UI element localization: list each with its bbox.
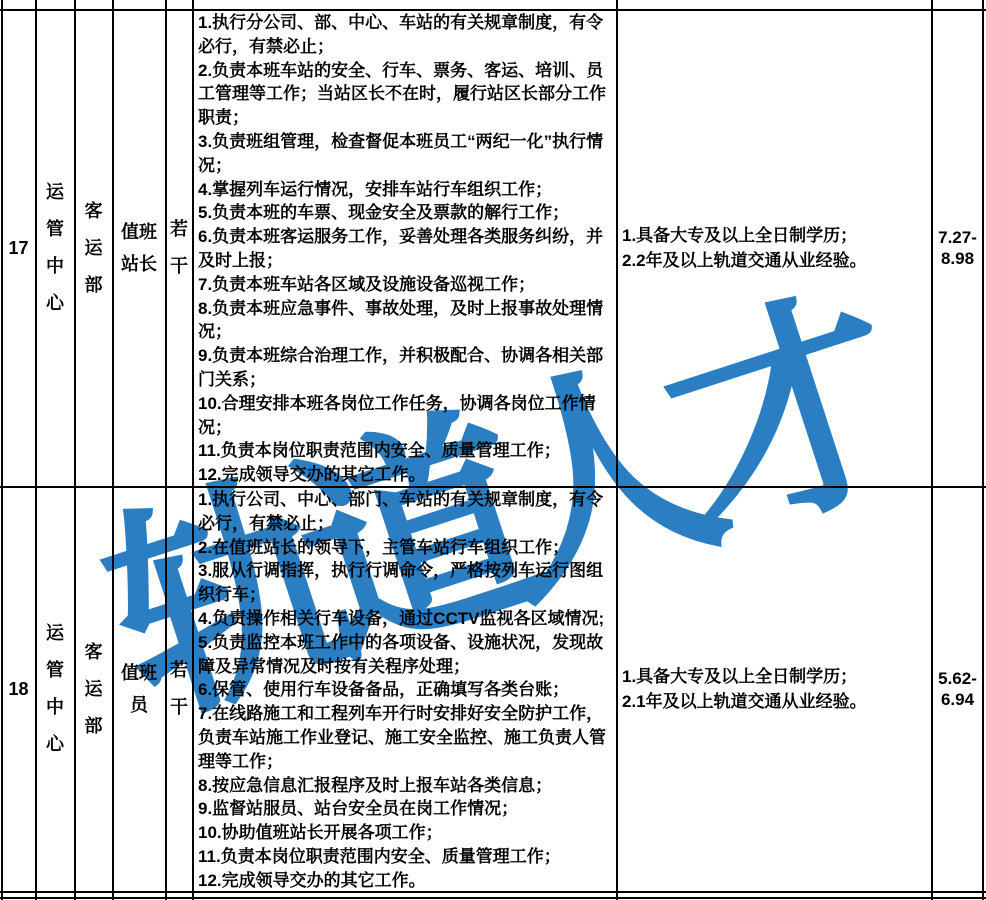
salary-value: 7.27-8.98 [933, 227, 982, 269]
department-label: 客运部 [84, 193, 104, 304]
salary-value: 5.62-6.94 [933, 668, 982, 710]
row-18-department: 客运部 [75, 487, 112, 891]
position-label: 值班站长 [120, 216, 158, 280]
center-label: 运管中心 [45, 615, 65, 763]
row-17-department: 客运部 [75, 10, 112, 486]
row-17-duties: 1.执行分公司、部、中心、车站的有关规章制度，有令必行，有禁必止； 2.负责本班… [193, 10, 616, 486]
table-grid-line [0, 897, 986, 899]
job-postings-table: 17 运管中心 客运部 值班站长 若干 1.执行分公司、部、中心、车站的有关规章… [0, 0, 986, 900]
row-17-number: 17 [2, 10, 35, 486]
row-18-position: 值班员 [113, 487, 165, 891]
row-17-center: 运管中心 [36, 10, 74, 486]
row-18-headcount: 若干 [166, 487, 192, 891]
table-grid-line [0, 891, 986, 893]
row-17-position: 值班站长 [113, 10, 165, 486]
row-18-duties: 1.执行公司、中心、部门、车站的有关规章制度，有令必行，有禁必止； 2.在值班站… [193, 487, 616, 891]
row-18-requirements: 1.具备大专及以上全日制学历； 2.1年及以上轨道交通从业经验。 [617, 487, 931, 891]
row-18-number: 18 [2, 487, 35, 891]
headcount-label: 若干 [169, 211, 189, 285]
center-label: 运管中心 [45, 174, 65, 322]
row-17-salary: 7.27-8.98 [932, 10, 983, 486]
row-18-salary: 5.62-6.94 [932, 487, 983, 891]
row-18-center: 运管中心 [36, 487, 74, 891]
row-17-headcount: 若干 [166, 10, 192, 486]
headcount-label: 若干 [169, 652, 189, 726]
row-17-requirements: 1.具备大专及以上全日制学历； 2.2年及以上轨道交通从业经验。 [617, 10, 931, 486]
department-label: 客运部 [84, 634, 104, 745]
position-label: 值班员 [120, 657, 158, 721]
